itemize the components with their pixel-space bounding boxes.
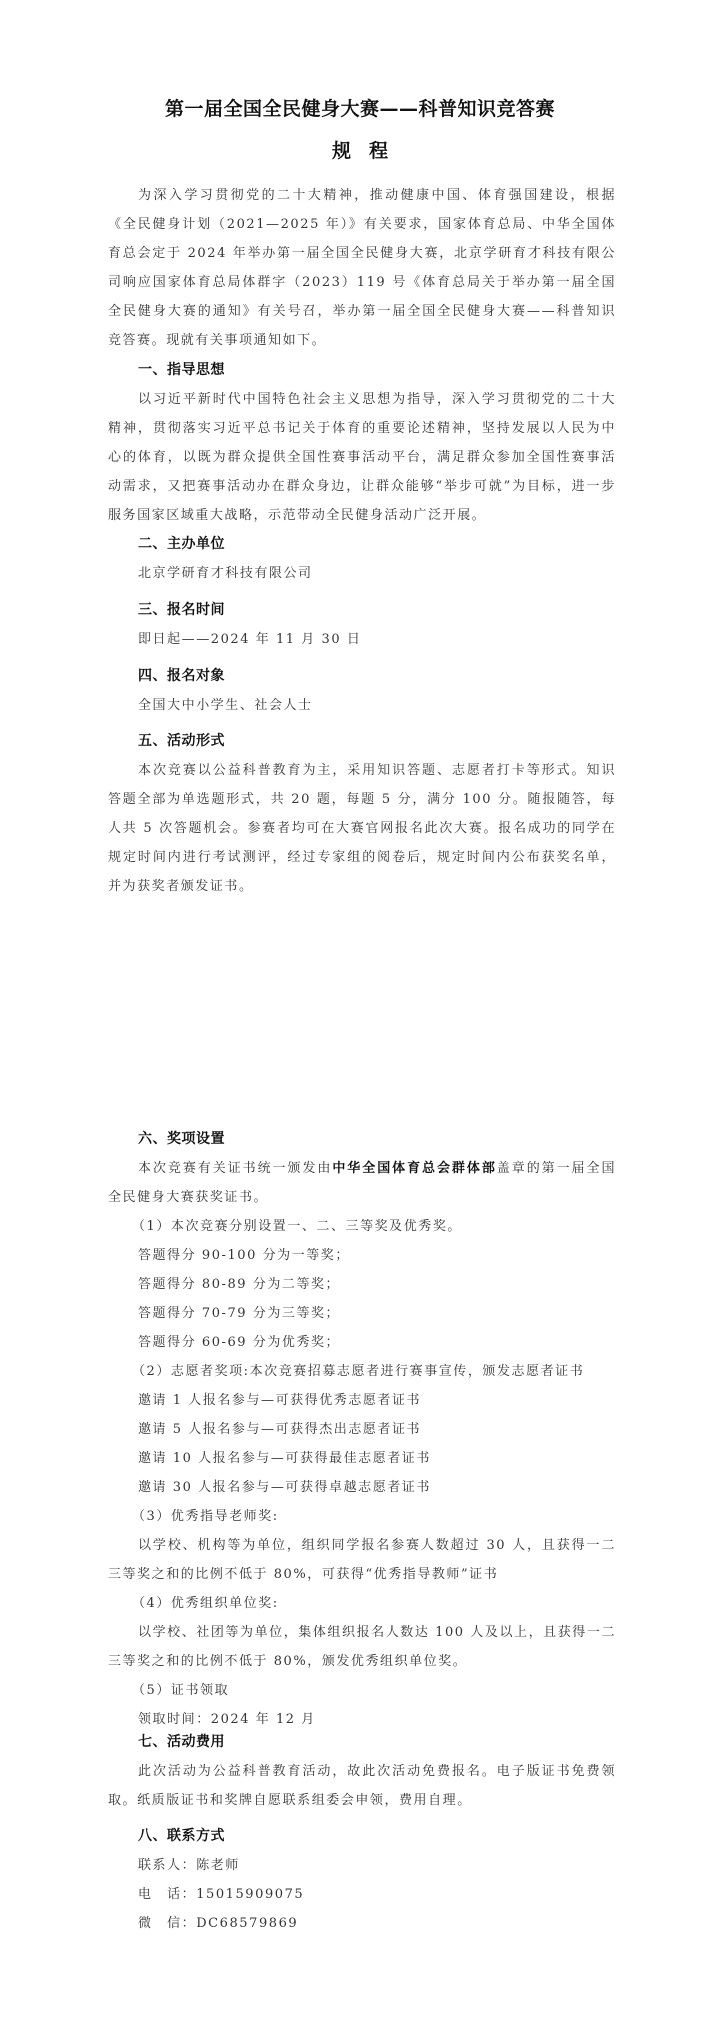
- section-guiding-ideology: 一、指导思想 以习近平新时代中国特色社会主义思想为指导，深入学习贯彻党的二十大精…: [108, 356, 616, 530]
- section-heading: 一、指导思想: [108, 356, 616, 385]
- section-body: 全国大中小学生、社会人士: [108, 691, 616, 720]
- section-heading: 八、联系方式: [108, 1822, 616, 1851]
- contact-phone: 电 话：15015909075: [108, 1880, 616, 1909]
- award-rule: 答题得分 90-100 分为一等奖；: [108, 1241, 616, 1270]
- section-heading: 七、活动费用: [108, 1728, 616, 1757]
- section-body: 即日起——2024 年 11 月 30 日: [108, 625, 616, 654]
- section-body: 北京学研育才科技有限公司: [108, 559, 616, 588]
- award-rule: 答题得分 80-89 分为二等奖；: [108, 1270, 616, 1299]
- award-item-4-title: （4）优秀组织单位奖:: [108, 1589, 616, 1618]
- section-heading: 六、奖项设置: [108, 1125, 616, 1154]
- volunteer-rule: 邀请 10 人报名参与—可获得最佳志愿者证书: [108, 1444, 616, 1473]
- award-rule: 答题得分 60-69 分为优秀奖；: [108, 1328, 616, 1357]
- section-heading: 三、报名时间: [108, 596, 616, 625]
- intro-block: 为深入学习贯彻党的二十大精神，推动健康中国、体育强国建设，根据《全民健身计划（2…: [108, 181, 616, 355]
- contact-wechat: 微 信：DC68579869: [108, 1909, 616, 1938]
- section-organizer: 二、主办单位 北京学研育才科技有限公司: [108, 530, 616, 588]
- section-body: 本次竞赛以公益科普教育为主，采用知识答题、志愿者打卡等形式。知识答题全部为单选题…: [108, 756, 616, 901]
- section-awards: 六、奖项设置 本次竞赛有关证书统一颁发由中华全国体育总会群体部盖章的第一届全国全…: [108, 1125, 616, 1734]
- section-fees: 七、活动费用 此次活动为公益科普教育活动，故此次活动免费报名。电子版证书免费领取…: [108, 1728, 616, 1815]
- award-item-4-body: 以学校、社团等为单位，集体组织报名人数达 100 人及以上，且获得一二三等奖之和…: [108, 1618, 616, 1676]
- award-rule: 答题得分 70-79 分为三等奖；: [108, 1299, 616, 1328]
- section-body: 此次活动为公益科普教育活动，故此次活动免费报名。电子版证书免费领取。纸质版证书和…: [108, 1757, 616, 1815]
- awards-intro: 本次竞赛有关证书统一颁发由中华全国体育总会群体部盖章的第一届全国全民健身大赛获奖…: [108, 1154, 616, 1212]
- award-item-5-title: （5）证书领取: [108, 1676, 616, 1705]
- section-heading: 二、主办单位: [108, 530, 616, 559]
- award-item-3-body: 以学校、机构等为单位，组织同学报名参赛人数超过 30 人，且获得一二三等奖之和的…: [108, 1531, 616, 1589]
- award-item-2-title: （2）志愿者奖项:本次竞赛招募志愿者进行赛事宣传，颁发志愿者证书: [108, 1357, 616, 1386]
- volunteer-rule: 邀请 30 人报名参与—可获得卓越志愿者证书: [108, 1473, 616, 1502]
- document-title: 第一届全国全民健身大赛——科普知识竞答赛: [0, 94, 720, 121]
- intro-paragraph: 为深入学习贯彻党的二十大精神，推动健康中国、体育强国建设，根据《全民健身计划（2…: [108, 181, 616, 355]
- section-contact: 八、联系方式 联系人：陈老师 电 话：15015909075 微 信：DC685…: [108, 1822, 616, 1938]
- document-subtitle: 规程: [0, 136, 720, 163]
- section-body: 以习近平新时代中国特色社会主义思想为指导，深入学习贯彻党的二十大精神，贯彻落实习…: [108, 385, 616, 530]
- section-registration-time: 三、报名时间 即日起——2024 年 11 月 30 日: [108, 596, 616, 654]
- volunteer-rule: 邀请 5 人报名参与—可获得杰出志愿者证书: [108, 1415, 616, 1444]
- section-eligibility: 四、报名对象 全国大中小学生、社会人士: [108, 662, 616, 720]
- issuer-name: 中华全国体育总会群体部: [332, 1161, 496, 1176]
- document-page: 第一届全国全民健身大赛——科普知识竞答赛 规程 为深入学习贯彻党的二十大精神，推…: [0, 0, 720, 2037]
- award-item-3-title: （3）优秀指导老师奖:: [108, 1502, 616, 1531]
- volunteer-rule: 邀请 1 人报名参与—可获得优秀志愿者证书: [108, 1386, 616, 1415]
- section-activity-format: 五、活动形式 本次竞赛以公益科普教育为主，采用知识答题、志愿者打卡等形式。知识答…: [108, 727, 616, 901]
- section-heading: 四、报名对象: [108, 662, 616, 691]
- contact-person: 联系人：陈老师: [108, 1851, 616, 1880]
- section-heading: 五、活动形式: [108, 727, 616, 756]
- award-item-1-title: （1）本次竞赛分别设置一、二、三等奖及优秀奖。: [108, 1212, 616, 1241]
